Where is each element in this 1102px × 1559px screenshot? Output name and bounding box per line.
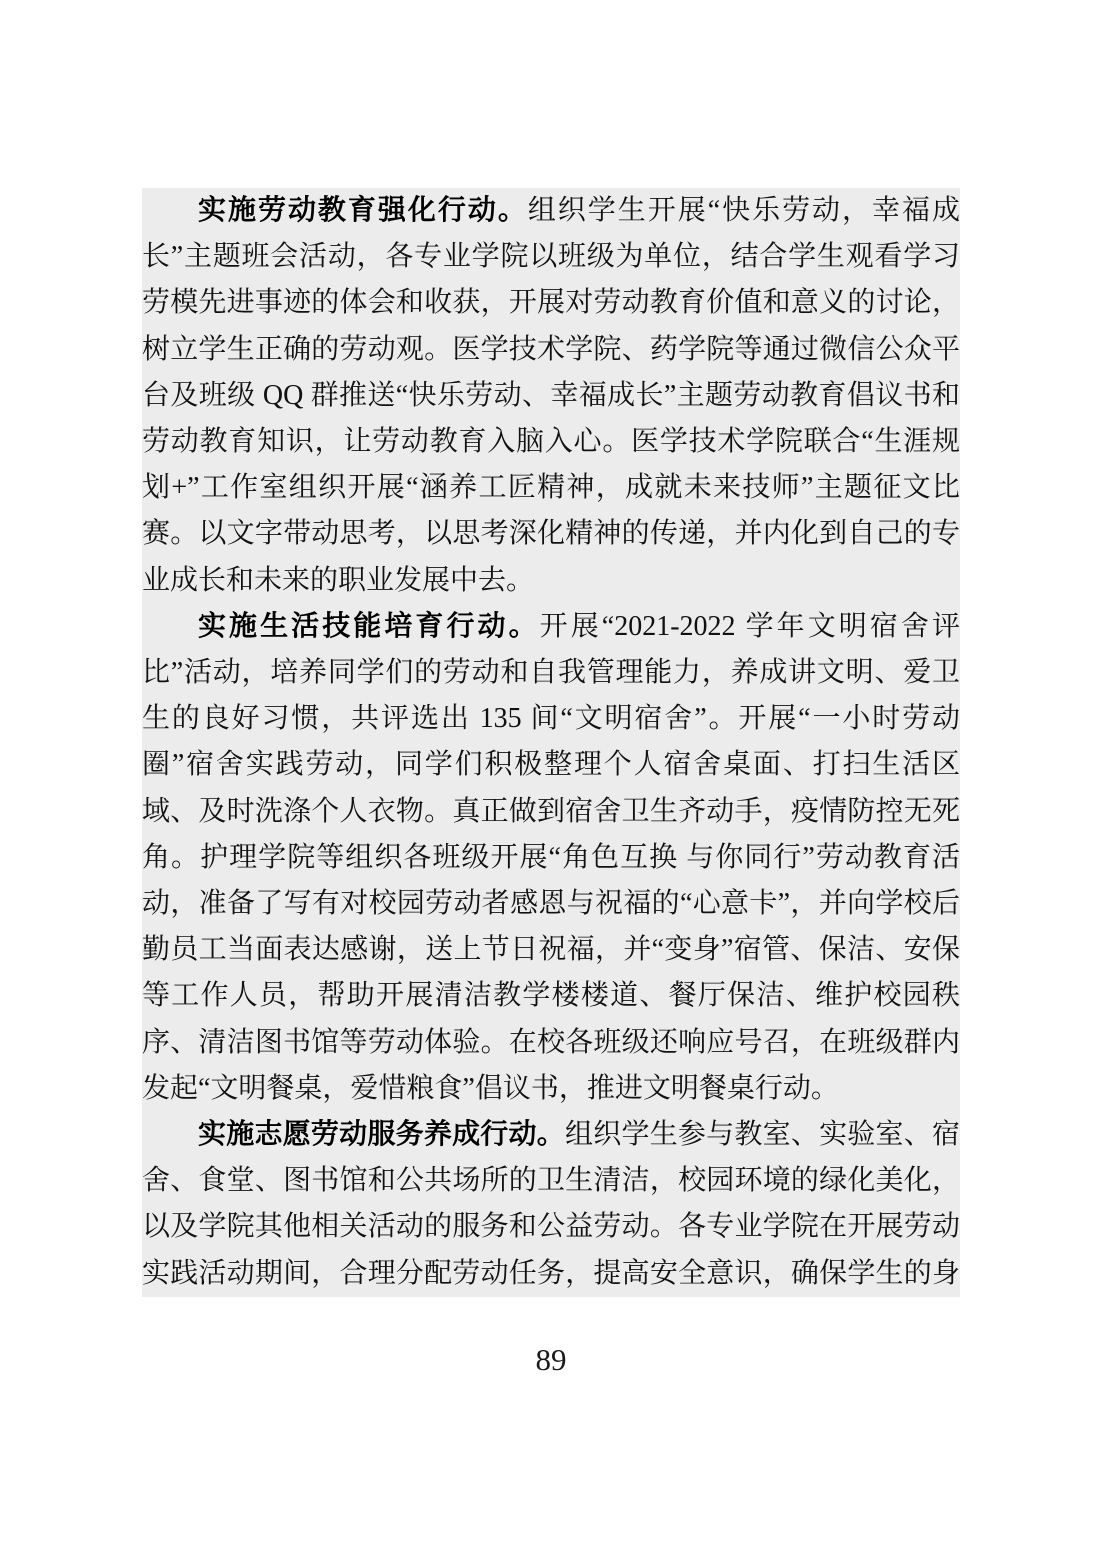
document-body-text: 实施劳动教育强化行动。组织学生开展“快乐劳动，幸福成长”主题班会活动，各专业学院… bbox=[142, 188, 960, 1297]
paragraph-life-skills-action: 实施生活技能培育行动。开展“2021-2022 学年文明宿舍评比”活动，培养同学… bbox=[142, 604, 960, 1112]
paragraph-heading: 实施劳动教育强化行动。 bbox=[198, 195, 528, 226]
document-page: 实施劳动教育强化行动。组织学生开展“快乐劳动，幸福成长”主题班会活动，各专业学院… bbox=[0, 0, 1102, 1559]
paragraph-heading: 实施生活技能培育行动。 bbox=[198, 611, 540, 642]
paragraph-body: 开展“2021-2022 学年文明宿舍评比”活动，培养同学们的劳动和自我管理能力… bbox=[142, 611, 960, 1104]
paragraph-heading: 实施志愿劳动服务养成行动。 bbox=[198, 1119, 565, 1150]
paragraph-body: 组织学生开展“快乐劳动，幸福成长”主题班会活动，各专业学院以班级为单位，结合学生… bbox=[142, 195, 960, 596]
page-number: 89 bbox=[0, 1342, 1102, 1378]
paragraph-labor-education-action: 实施劳动教育强化行动。组织学生开展“快乐劳动，幸福成长”主题班会活动，各专业学院… bbox=[142, 188, 960, 604]
paragraph-volunteer-service-action: 实施志愿劳动服务养成行动。组织学生参与教室、实验室、宿舍、食堂、图书馆和公共场所… bbox=[142, 1112, 960, 1297]
highlighted-text-block: 实施劳动教育强化行动。组织学生开展“快乐劳动，幸福成长”主题班会活动，各专业学院… bbox=[142, 188, 960, 1297]
